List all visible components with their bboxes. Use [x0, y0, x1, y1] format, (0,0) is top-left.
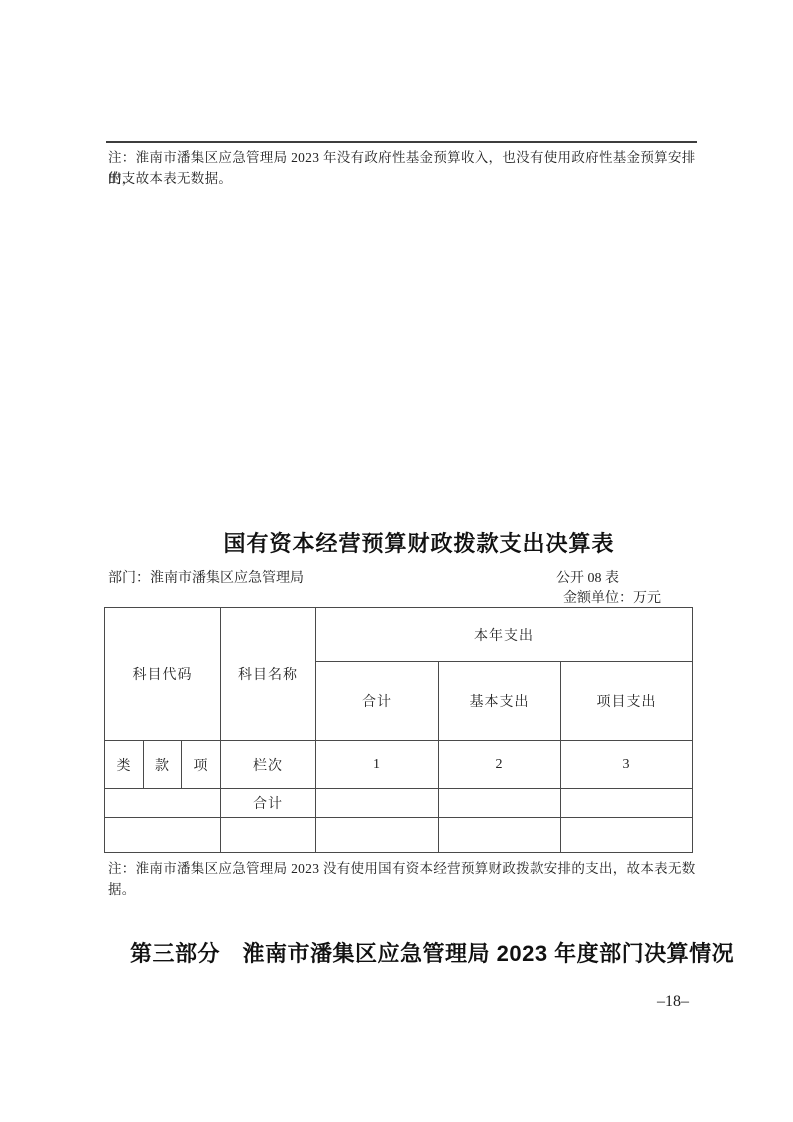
cell-index-1: 1 — [316, 741, 439, 789]
table-row: 合计 — [105, 789, 693, 818]
cell-index-2: 2 — [439, 741, 561, 789]
amount-unit-label: 金额单位：万元 — [563, 589, 661, 608]
cell-item: 项 — [182, 741, 221, 789]
form-number-label: 公开 08 表 — [556, 569, 619, 588]
header-subject-code: 科目代码 — [105, 608, 221, 741]
cell-total-value — [316, 789, 439, 818]
document-page: 注：淮南市潘集区应急管理局 2023 年没有政府性基金预算收入，也没有使用政府性… — [0, 0, 793, 1122]
cell-index-3: 3 — [561, 741, 693, 789]
section-heading: 第三部分 淮南市潘集区应急管理局 2023 年度部门决算情况 — [130, 940, 718, 968]
cell-project-empty — [561, 818, 693, 853]
cell-basic-empty — [439, 818, 561, 853]
cell-code-empty — [105, 789, 221, 818]
cell-section: 款 — [144, 741, 182, 789]
table-title: 国有资本经营预算财政拨款支出决算表 — [125, 531, 713, 557]
header-project-expense: 项目支出 — [561, 662, 693, 741]
horizontal-rule — [106, 141, 697, 143]
header-basic-expense: 基本支出 — [439, 662, 561, 741]
top-note-line2: 出，故本表无数据。 — [108, 168, 708, 189]
page-number: –18– — [648, 993, 698, 1011]
cell-name-empty — [221, 818, 316, 853]
department-label: 部门：淮南市潘集区应急管理局 — [108, 569, 304, 588]
cell-total-label: 合计 — [221, 789, 316, 818]
header-total: 合计 — [316, 662, 439, 741]
cell-total-empty — [316, 818, 439, 853]
table-row — [105, 818, 693, 853]
header-subject-name: 科目名称 — [221, 608, 316, 741]
cell-basic-value — [439, 789, 561, 818]
cell-index-label: 栏次 — [221, 741, 316, 789]
table-row: 类 款 项 栏次 1 2 3 — [105, 741, 693, 789]
table-row: 科目代码 科目名称 本年支出 — [105, 608, 693, 662]
cell-class: 类 — [105, 741, 144, 789]
header-current-year-expense: 本年支出 — [316, 608, 693, 662]
cell-project-value — [561, 789, 693, 818]
budget-table: 科目代码 科目名称 本年支出 合计 基本支出 项目支出 类 款 项 栏次 1 2… — [104, 607, 693, 853]
cell-code-empty — [105, 818, 221, 853]
bottom-note: 注：淮南市潘集区应急管理局 2023 没有使用国有资本经营预算财政拨款安排的支出… — [108, 858, 708, 900]
